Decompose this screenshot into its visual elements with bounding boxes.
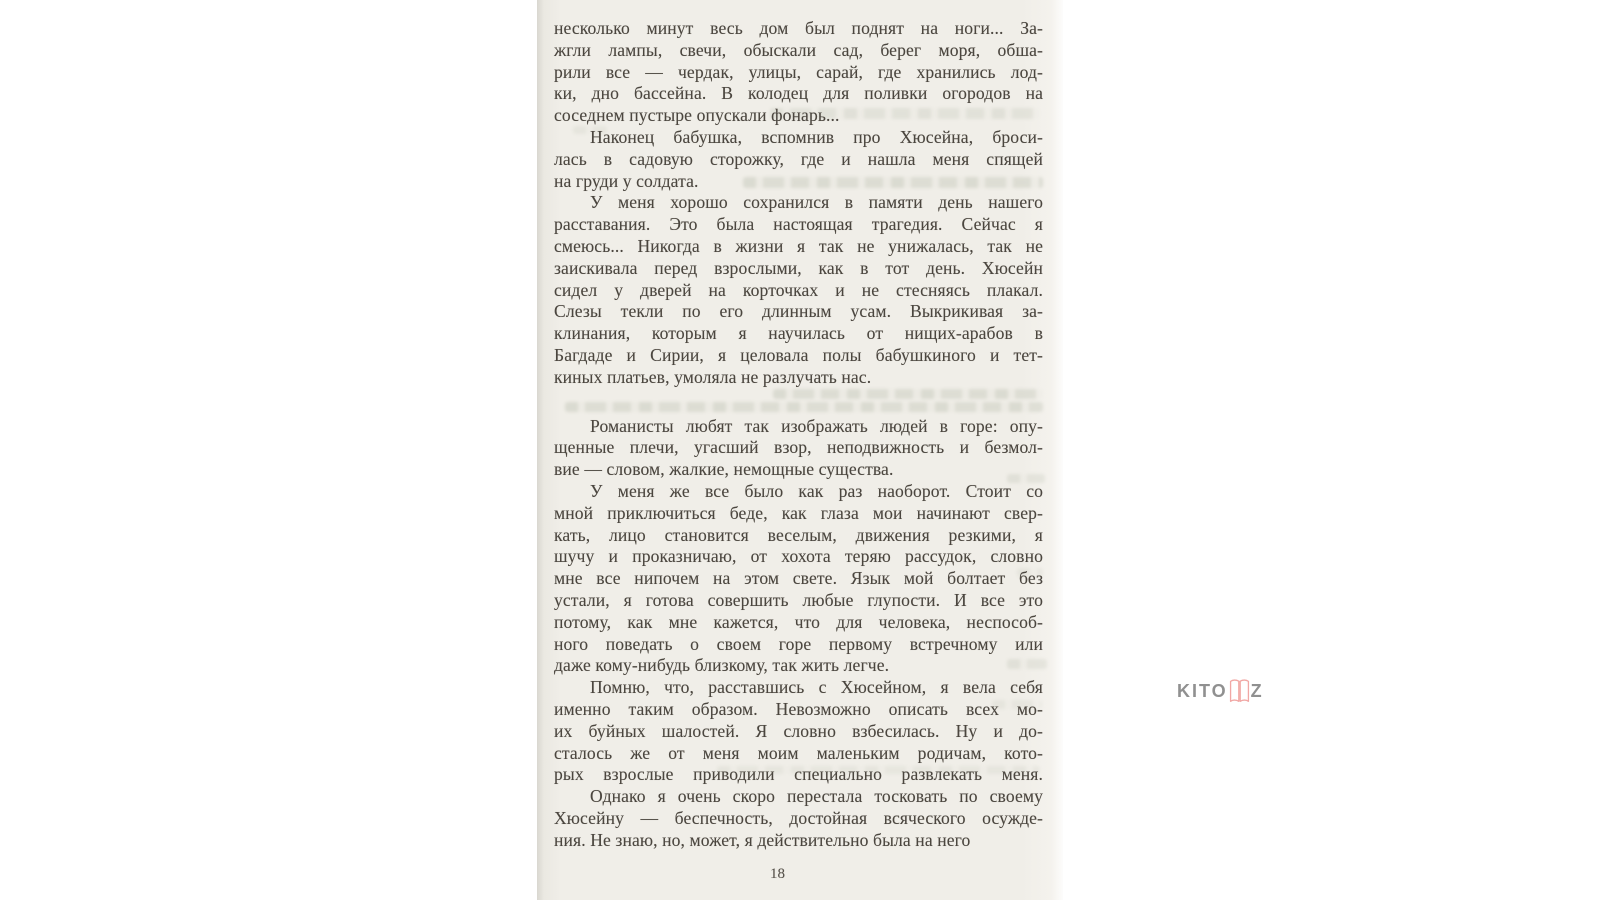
text-line: Помню, что, расставшись с Хюсейном, я ве…: [554, 677, 1043, 699]
text-line: рили все — чердак, улицы, сарай, где хра…: [554, 62, 1043, 84]
text-line: сталось же от меня моим маленьким родича…: [554, 743, 1043, 765]
open-book-icon: [1229, 677, 1250, 706]
text-line: Наконец бабушка, вспомнив про Хюсейна, б…: [554, 127, 1043, 149]
text-line: шучу и проказничаю, от хохота теряю расс…: [554, 546, 1043, 568]
text-line: ния. Не знаю, но, может, я действительно…: [554, 830, 1043, 852]
paragraph: Однако я очень скоро перестала тосковать…: [554, 786, 1043, 851]
paragraph: У меня же все было как раз наоборот. Сто…: [554, 481, 1043, 677]
watermark-text-kito: KITO: [1177, 681, 1228, 702]
text-line: ного поведать о своем горе первому встре…: [554, 634, 1043, 656]
text-line: Хюсейну — беспечность, достойная всяческ…: [554, 808, 1043, 830]
kitobz-logo-watermark: KITO Z: [1177, 673, 1264, 709]
text-line: Багдаде и Сирии, я целовала полы бабушки…: [554, 345, 1043, 367]
text-line: сидел у дверей на корточках и не стесняя…: [554, 280, 1043, 302]
text-line: Однако я очень скоро перестала тосковать…: [554, 786, 1043, 808]
book-page-scan: несколько минут весь дом был поднят на н…: [537, 0, 1063, 900]
text-line: клинания, которым я научилась от нищих-а…: [554, 323, 1043, 345]
text-line: кать, лицо становится веселым, движения …: [554, 525, 1043, 547]
screen: несколько минут весь дом был поднят на н…: [0, 0, 1600, 900]
text-line: даже кому-нибудь близкому, так жить легч…: [554, 655, 1043, 677]
text-line: соседнем пустыре опускали фонарь...: [554, 105, 1043, 127]
text-line: несколько минут весь дом был поднят на н…: [554, 18, 1043, 40]
paragraph: Помню, что, расставшись с Хюсейном, я ве…: [554, 677, 1043, 786]
text-line: смеюсь... Никогда в жизни я так не унижа…: [554, 236, 1043, 258]
text-line: щенные плечи, угасший взор, неподвижност…: [554, 437, 1043, 459]
text-line: У меня же все было как раз наоборот. Сто…: [554, 481, 1043, 503]
text-line: Слезы текли по его длинным усам. Выкрики…: [554, 301, 1043, 323]
text-line: на груди у солдата.: [554, 171, 1043, 193]
text-line: жгли лампы, свечи, обыскали сад, берег м…: [554, 40, 1043, 62]
watermark-text-z: Z: [1251, 681, 1264, 702]
text-line: мне все нипочем на этом свете. Язык мой …: [554, 568, 1043, 590]
text-line: лась в садовую сторожку, где и нашла мен…: [554, 149, 1043, 171]
text-line: заискивала перед взрослыми, как в тот де…: [554, 258, 1043, 280]
page-text: несколько минут весь дом был поднят на н…: [554, 18, 1043, 851]
text-line: ки, дно бассейна. В колодец для поливки …: [554, 83, 1043, 105]
paragraph: Романисты любят так изображать людей в г…: [554, 416, 1043, 481]
text-line: устали, я готова совершить любые глупост…: [554, 590, 1043, 612]
text-line: киных платьев, умоляла не разлучать нас.: [554, 367, 1043, 389]
page-number: 18: [533, 866, 1022, 883]
text-line: их буйных шалостей. Я словно взбесилась.…: [554, 721, 1043, 743]
text-line: мной приключиться беде, как глаза мои на…: [554, 503, 1043, 525]
paragraph: несколько минут весь дом был поднят на н…: [554, 18, 1043, 127]
text-line: потому, как мне кажется, что для человек…: [554, 612, 1043, 634]
text-line: рых взрослые приводили специально развле…: [554, 764, 1043, 786]
paragraph: Наконец бабушка, вспомнив про Хюсейна, б…: [554, 127, 1043, 192]
text-line: У меня хорошо сохранился в памяти день н…: [554, 192, 1043, 214]
text-line: Романисты любят так изображать людей в г…: [554, 416, 1043, 438]
text-line: именно таким образом. Невозможно описать…: [554, 699, 1043, 721]
text-line: расставания. Это была настоящая трагедия…: [554, 214, 1043, 236]
paragraph: У меня хорошо сохранился в памяти день н…: [554, 192, 1043, 388]
text-line: вие — словом, жалкие, немощные существа.: [554, 459, 1043, 481]
